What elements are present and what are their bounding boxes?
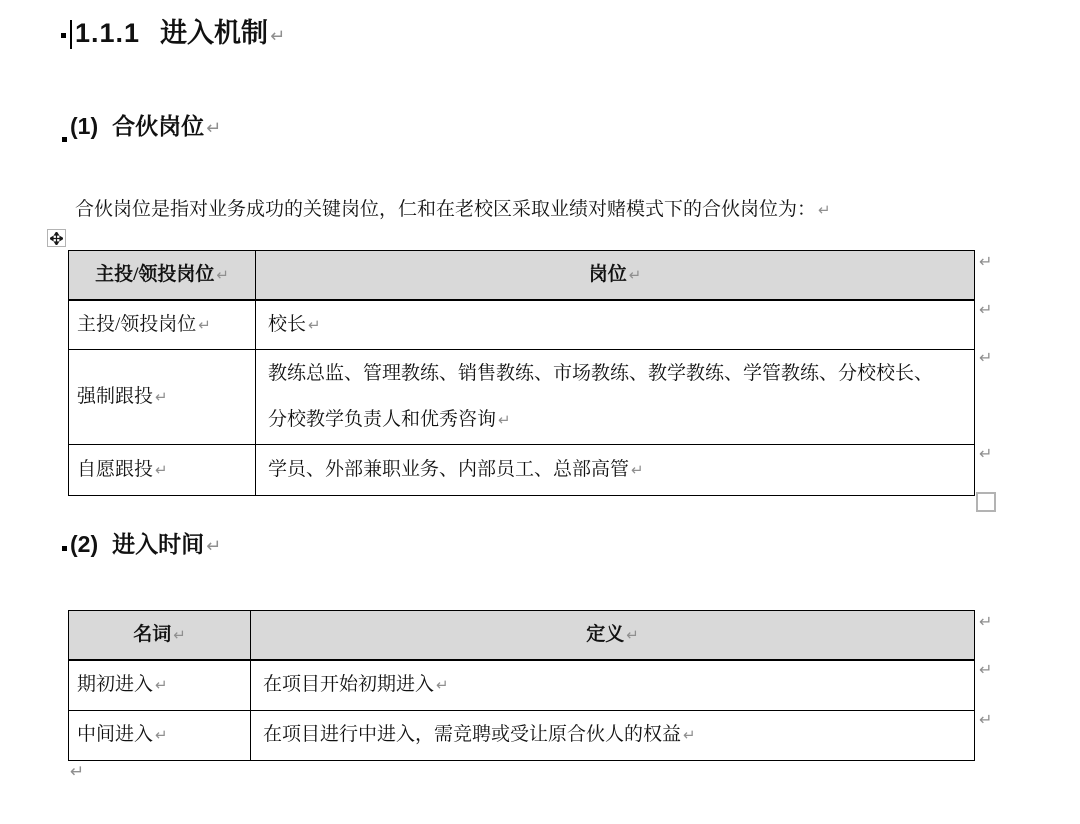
cell-end-mark-icon: ↵ [308, 316, 321, 334]
table-cell[interactable]: 主投/领投岗位↵ [69, 300, 256, 350]
table-cell[interactable]: 学员、外部兼职业务、内部员工、总部高管↵ [256, 445, 975, 496]
cell-end-mark-icon: ↵ [626, 626, 639, 644]
paragraph-text: 合伙岗位是指对业务成功的关键岗位，仁和在老校区采取业绩对赌模式下的合伙岗位为： [75, 199, 816, 220]
cell-text: 校长 [268, 314, 306, 335]
cell-end-mark-icon: ↵ [155, 726, 168, 744]
cell-text: 教练总监、管理教练、销售教练、市场教练、教学教练、学管教练、分校校长、分校教学负… [268, 363, 933, 430]
cell-text: 自愿跟投 [77, 459, 153, 480]
table-header-row: 主投/领投岗位↵ 岗位↵ [69, 251, 975, 301]
section-number: (2) [70, 531, 98, 557]
paragraph-mark-icon: ↵ [206, 118, 221, 139]
table-row: 期初进入↵ 在项目开始初期进入↵ [69, 660, 975, 710]
cell-end-mark-icon: ↵ [155, 461, 168, 479]
section-title: 进入时间 [112, 532, 204, 557]
word-document-page[interactable]: 1.1.1进入机制↵ (1)合伙岗位↵ 合伙岗位是指对业务成功的关键岗位，仁和在… [0, 0, 1080, 824]
table-cell[interactable]: 在项目进行中进入，需竞聘或受让原合伙人的权益↵ [251, 710, 975, 760]
section-heading-2[interactable]: (2)进入时间↵ [70, 529, 221, 562]
table-row: 强制跟投↵ 教练总监、管理教练、销售教练、市场教练、教学教练、学管教练、分校校长… [69, 350, 975, 445]
document-end-mark-icon: ↵ [70, 762, 84, 782]
row-end-mark-icon: ↵ [979, 302, 992, 318]
section-heading-1[interactable]: (1)合伙岗位↵ [70, 111, 221, 144]
cell-text: 中间进入 [77, 724, 153, 745]
header-cell[interactable]: 定义↵ [251, 611, 975, 661]
body-paragraph[interactable]: 合伙岗位是指对业务成功的关键岗位，仁和在老校区采取业绩对赌模式下的合伙岗位为：↵ [75, 197, 831, 223]
header-cell[interactable]: 岗位↵ [256, 251, 975, 301]
heading-number: 1.1.1 [75, 18, 140, 48]
row-end-mark-icon: ↵ [979, 254, 992, 270]
table-cell[interactable]: 在项目开始初期进入↵ [251, 660, 975, 710]
cell-text: 强制跟投 [77, 386, 153, 407]
cell-end-mark-icon: ↵ [216, 266, 229, 284]
table-cell[interactable]: 中间进入↵ [69, 710, 251, 760]
table-row: 自愿跟投↵ 学员、外部兼职业务、内部员工、总部高管↵ [69, 445, 975, 496]
header-cell-text: 岗位 [589, 264, 627, 285]
cell-end-mark-icon: ↵ [436, 676, 449, 694]
partner-position-table: 主投/领投岗位↵ 岗位↵ 主投/领投岗位↵ 校长↵ 强制跟投↵ 教练总监、管理教… [68, 250, 975, 496]
cell-end-mark-icon: ↵ [173, 626, 186, 644]
heading-style-bullet [62, 546, 67, 551]
row-end-mark-icon: ↵ [979, 446, 992, 462]
table-move-handle[interactable] [47, 229, 66, 247]
cell-text: 主投/领投岗位 [77, 314, 196, 335]
table-row: 主投/领投岗位↵ 校长↵ [69, 300, 975, 350]
section-title: 合伙岗位 [112, 114, 204, 139]
cell-end-mark-icon: ↵ [155, 676, 168, 694]
four-way-move-icon [50, 232, 63, 245]
paragraph-mark-icon: ↵ [818, 201, 831, 219]
cell-text: 在项目开始初期进入 [263, 674, 434, 695]
row-end-mark-icon: ↵ [979, 614, 992, 630]
table-cell[interactable]: 强制跟投↵ [69, 350, 256, 445]
heading-1-1-1[interactable]: 1.1.1进入机制↵ [75, 16, 285, 54]
table-cell[interactable]: 教练总监、管理教练、销售教练、市场教练、教学教练、学管教练、分校校长、分校教学负… [256, 350, 975, 445]
header-cell-text: 主投/领投岗位 [95, 264, 214, 285]
paragraph-mark-icon: ↵ [206, 536, 221, 557]
row-end-mark-icon: ↵ [979, 712, 992, 728]
cell-end-mark-icon: ↵ [629, 266, 642, 284]
cell-text: 期初进入 [77, 674, 153, 695]
cell-end-mark-icon: ↵ [631, 461, 644, 479]
table-cell[interactable]: 校长↵ [256, 300, 975, 350]
row-end-mark-icon: ↵ [979, 662, 992, 678]
cell-end-mark-icon: ↵ [498, 411, 511, 429]
cell-text: 学员、外部兼职业务、内部员工、总部高管 [268, 459, 629, 480]
header-cell[interactable]: 主投/领投岗位↵ [69, 251, 256, 301]
header-cell-text: 名词 [133, 624, 171, 645]
cell-end-mark-icon: ↵ [155, 388, 168, 406]
header-cell-text: 定义 [586, 624, 624, 645]
heading-style-bullet [62, 137, 67, 142]
table-row: 中间进入↵ 在项目进行中进入，需竞聘或受让原合伙人的权益↵ [69, 710, 975, 760]
cell-end-mark-icon: ↵ [198, 316, 211, 334]
table-header-row: 名词↵ 定义↵ [69, 611, 975, 661]
table-cell[interactable]: 自愿跟投↵ [69, 445, 256, 496]
text-cursor-caret [70, 20, 72, 49]
paragraph-mark-icon: ↵ [270, 26, 285, 47]
heading-text: 进入机制 [160, 18, 268, 48]
table-cell[interactable]: 期初进入↵ [69, 660, 251, 710]
entry-time-table: 名词↵ 定义↵ 期初进入↵ 在项目开始初期进入↵ 中间进入↵ 在项目进行中进入，… [68, 610, 975, 761]
row-end-mark-icon: ↵ [979, 350, 992, 366]
cell-text: 在项目进行中进入，需竞聘或受让原合伙人的权益 [263, 724, 681, 745]
cell-end-mark-icon: ↵ [683, 726, 696, 744]
header-cell[interactable]: 名词↵ [69, 611, 251, 661]
heading-style-bullet [61, 33, 66, 38]
table-resize-handle[interactable] [976, 492, 996, 512]
section-number: (1) [70, 113, 98, 139]
